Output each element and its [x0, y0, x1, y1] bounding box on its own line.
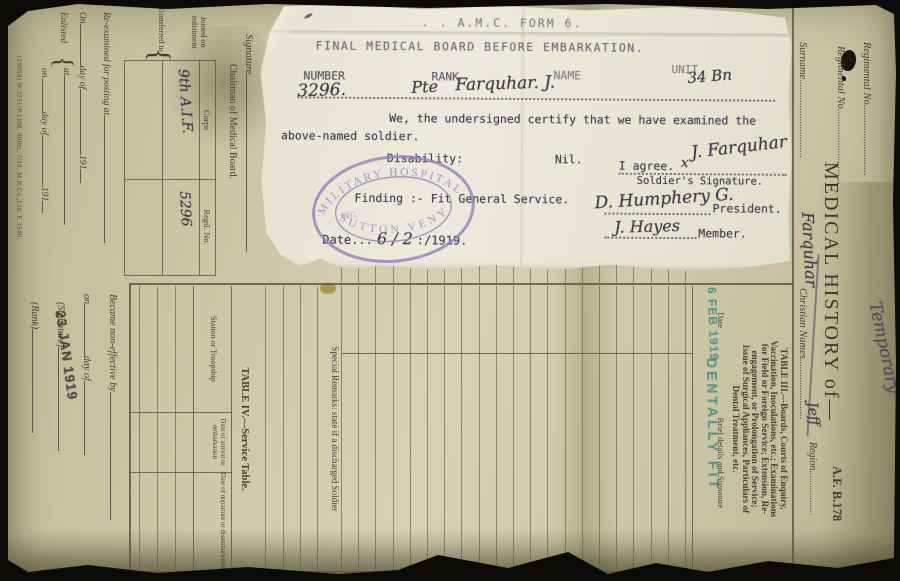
on-day-row: Onday of191 [77, 12, 90, 183]
ruled-line [444, 286, 445, 572]
on-label: On [77, 12, 87, 24]
corps-value-handwriting: 9th A.I.F. [175, 69, 195, 134]
form-number: A.F. B.178 [829, 466, 844, 521]
right-border [130, 571, 736, 573]
noneffective-rule [110, 392, 120, 520]
ruled-line [496, 286, 497, 572]
ruled-line [530, 286, 531, 572]
signature-label-text: Signature [243, 34, 254, 74]
rank-value-handwriting: Pte [411, 77, 439, 97]
name-value-handwriting: Farquhar. J. [455, 72, 555, 95]
member-label: Member. [698, 226, 747, 240]
soldier-signature-handwriting: J. Farquhar [690, 132, 788, 163]
header-rule [792, 6, 794, 576]
table3-rows-lower [258, 286, 318, 572]
ruled-line [479, 286, 480, 572]
printer-code: (29058) W.3731/P.1398. 800m. 7/18. M.R.C… [15, 56, 22, 239]
certify-line-1: We, the undersigned certify that we have… [389, 111, 756, 128]
unit-value-handwriting: 34 Bn [687, 66, 733, 88]
table4-title: TABLE IV.—Service Table. [239, 286, 250, 572]
pin-mark [304, 13, 313, 20]
ruled-line [375, 286, 376, 572]
ruled-line [633, 286, 634, 572]
ruled-line [175, 286, 176, 572]
certify-line-2: above-named soldier. [281, 128, 420, 143]
center-divider [130, 283, 794, 285]
ruled-line [427, 286, 428, 572]
ruled-line [393, 286, 394, 572]
table4-col-station: Station or Troopship [209, 288, 218, 410]
table3-header-bottom-line [692, 286, 693, 572]
regtl-no-column-label: Regtl. No. [202, 179, 212, 275]
slip-form-ref: . . A.M.C. FORM 6. [422, 15, 583, 30]
signature-label: Signature [243, 34, 256, 252]
year-prefix: 191 [77, 155, 87, 169]
year2-rule [42, 201, 52, 213]
ruled-line [685, 286, 686, 572]
year-rule [80, 169, 90, 183]
ruled-line [565, 286, 566, 572]
scanned-medical-history-document: Regimental No...........................… [0, 0, 900, 581]
christian-names-label: Christian Names....................... [797, 288, 808, 419]
member-dotted-rule [604, 235, 696, 240]
table3-heading-line: Dental Treatment, etc. [730, 288, 740, 570]
table4-top-line [231, 286, 232, 572]
medical-board-slip: . . A.M.C. FORM 6. FINAL MEDICAL BOARD B… [252, 2, 796, 274]
christian-names-value: Jeff [804, 401, 822, 426]
ruled-line [139, 286, 140, 572]
regimental-no-line-1: Regimental No........................... [861, 42, 872, 176]
joined-on-enlistment-label: Joined on enlistment [190, 6, 208, 58]
corps-table-row-line [162, 61, 163, 275]
name-label: NAME [553, 68, 581, 82]
regtl-no-value-handwriting: 5296 [176, 191, 194, 227]
table3-heading: TABLE III.—Boards, Courts of Enquiry, Va… [730, 288, 788, 570]
table3-rows [336, 286, 686, 572]
ruled-line [547, 286, 548, 572]
reexamined-row: Re-examined for posting at [101, 12, 114, 243]
president-label: President. [712, 201, 781, 215]
ruled-line [341, 286, 342, 572]
rank-paren-row: (Rank) [29, 302, 42, 433]
day-rule [80, 89, 90, 155]
stamp-small-text: REG. [340, 210, 358, 221]
on2-rule [42, 78, 52, 112]
date-stamp-6-feb-1919: 6 FEB 1919 [705, 287, 722, 361]
rank-paren-label: (Rank) [29, 302, 40, 329]
enlisted-on-row: onday of191 [39, 68, 52, 213]
table4-col-arrival: Date of arrival or embarkation [211, 412, 226, 472]
signature-rule [246, 74, 256, 252]
noneffective-on-row: onday of [81, 294, 94, 455]
noneff-day-label: day of [81, 356, 92, 381]
ruled-line [599, 286, 600, 572]
ruled-line [651, 286, 652, 572]
chairman-label: Chairman of Medical Board. [227, 64, 238, 179]
table3-heading-line: TABLE III.—Boards, Courts of Enquiry, [778, 288, 788, 570]
special-remarks-note: Special Remarks: state if a discharged S… [330, 292, 340, 566]
noneff-on-label: on [81, 294, 92, 304]
ruled-line [461, 286, 462, 572]
ruled-line [157, 286, 158, 572]
member-signature-handwriting: J. Hayes [614, 216, 680, 237]
table3-heading-line: Issue of Surgical Appliances, Particular… [740, 288, 750, 570]
noneff-day-rule [84, 381, 94, 455]
ruled-line [616, 286, 617, 572]
name-row-dotted-rule [297, 94, 775, 101]
table4-header-bottom-line [193, 286, 194, 572]
on2-label: on [39, 68, 49, 78]
surname-value-handwriting: Farquhar [798, 212, 821, 288]
transferred-to-label: Transferred to [157, 6, 166, 52]
ruled-line [582, 286, 583, 572]
dentally-fit-stamp: DENTALLY FIT [704, 358, 722, 491]
noneffective-row: Became non-effective by [107, 294, 120, 520]
noneffective-label: Became non-effective by [107, 294, 118, 392]
form-title: MEDICAL HISTORY of— [819, 162, 842, 421]
hospital-oval-stamp: MILITARY HOSPITAL SUTTON VENY REG. [301, 143, 487, 278]
table3-heading-line: engagement, or Prolongation of Service; [750, 288, 760, 570]
agree-mark: x [681, 155, 689, 171]
enlisted-at-row: at [61, 68, 74, 225]
bottom-band-separator [130, 283, 132, 573]
ruled-line [265, 286, 266, 572]
region-label: Region.................. [807, 442, 818, 515]
disability-value: Nil. [555, 152, 583, 166]
surname-label: Surname.............................. [797, 42, 808, 158]
day2-rule [42, 135, 52, 187]
noneff-on-rule [84, 304, 94, 356]
slip-title: FINAL MEDICAL BOARD BEFORE EMBARKATION. [316, 39, 645, 55]
corps-regtl-table: Corps Regtl. No. 9th A.I.F. 5296 [124, 60, 216, 276]
table4-rows [136, 286, 176, 572]
form-paper: Regimental No...........................… [8, 2, 896, 576]
ruled-line [283, 286, 284, 572]
table3-heading-line: Vaccination, Inoculations, etc.; Examina… [769, 288, 779, 570]
enlisted-brace: { [48, 56, 78, 68]
year-prefix-2: 191 [39, 187, 49, 201]
transferred-brace: { [142, 48, 176, 62]
president-dotted-rule [604, 211, 710, 216]
corps-table-header-line [199, 61, 200, 275]
table4-col-departure: Date of departure or disembarkation [218, 472, 226, 572]
ruled-line [358, 286, 359, 572]
on-rule [80, 24, 90, 66]
day-of-label-2: day of [39, 112, 49, 135]
at-label: at [61, 68, 71, 75]
ruled-line [410, 286, 411, 572]
rank-paren-rule [32, 329, 42, 433]
reexamined-rule [104, 115, 114, 243]
reexamined-label: Re-examined for posting at [101, 12, 111, 115]
at-rule [64, 75, 74, 225]
temporary-handwriting: Temporary [865, 300, 900, 395]
corps-column-label: Corps [202, 61, 212, 179]
ruled-line [668, 286, 669, 572]
ruled-line [317, 286, 318, 572]
ruled-line [513, 286, 514, 572]
ruled-line [300, 286, 301, 572]
table3-heading-line: for Field or Foreign Service; Extension,… [759, 288, 769, 570]
enlisted-label: Enlisted [58, 12, 68, 43]
day-of-label: day of [77, 66, 87, 89]
